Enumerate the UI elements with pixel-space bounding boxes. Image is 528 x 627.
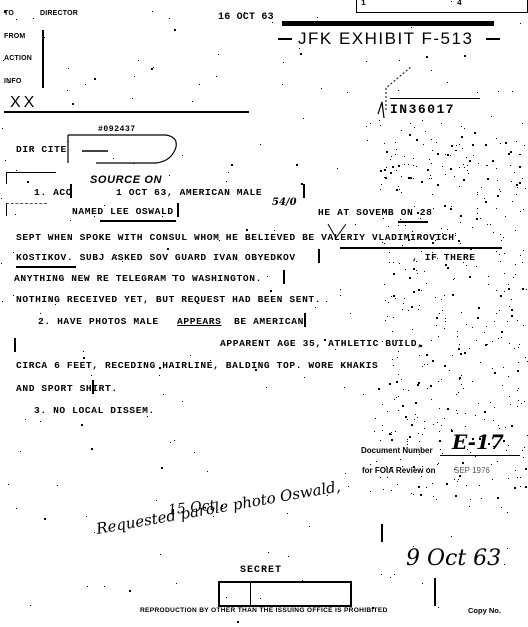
scan-noise (0, 0, 528, 627)
